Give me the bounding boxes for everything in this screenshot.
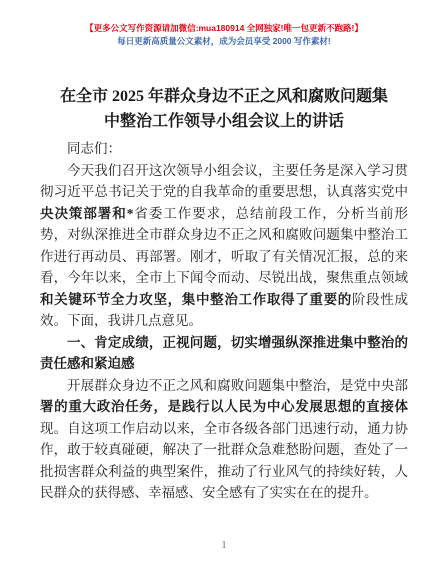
text-segment: 彻习近平总书记关于党的自我革命的重要思想，认真落实党中: [40, 184, 408, 199]
text-segment: 今天我们召开这次领导小组会议，主要任务是深入学习贯: [67, 163, 408, 178]
text-line: 一、肯定成绩，正视问题，切实增强纵深推进集中整治的: [40, 332, 408, 354]
text-line: 看，今年以来，全市上下闻令而动、尽锐出战，聚焦重点领域: [40, 267, 408, 289]
text-segment: 看，今年以来，全市上下闻令而动、尽锐出战，聚焦重点领域: [40, 270, 408, 285]
salutation-block: 同志们：: [40, 138, 408, 160]
text-segment: 势，对纵深推进全市群众身边不正之风和腐败问题集中整治工: [40, 227, 408, 242]
text-line: 央决策部署和*省委工作要求，总结前段工作，分析当前形: [40, 203, 408, 225]
document-content: 在全市 2025 年群众身边不正之风和腐败问题集 中整治工作领导小组会议上的讲话…: [40, 84, 408, 504]
title-line-1: 在全市 2025 年群众身边不正之风和腐败问题集: [40, 84, 408, 109]
text-segment: 责任感和紧迫感: [40, 356, 135, 371]
text-line: 同志们：: [40, 138, 408, 160]
text-segment: 批损害群众利益的典型案件，推动了行业风气的持续好转，人: [40, 464, 408, 479]
paragraph-block: 开展群众身边不正之风和腐败问题集中整治，是党中央部署的重大政治任务，是践行以人民…: [40, 375, 408, 504]
promo-line-blue: 每日更新高质量公文素材，成为会员享受 2000 写作素材!: [0, 35, 448, 48]
text-line: 现。自这项工作启动以来，全市各级各部门迅速行动，通力协: [40, 418, 408, 440]
text-segment: 开展群众身边不正之风和腐败问题集中整治，是党中央部: [67, 378, 408, 393]
document-page: 【更多公文写作资源请加微信:mua180914 全网独家!唯一包更新不跑路!】 …: [0, 0, 448, 580]
text-line: 作，敢于较真碰硬，解决了一批群众急难愁盼问题，查处了一: [40, 439, 408, 461]
text-segment: 现。自这项工作启动以来，全市各级各部门迅速行动，通力协: [40, 421, 408, 436]
document-body: 同志们：今天我们召开这次领导小组会议，主要任务是深入学习贯彻习近平总书记关于党的…: [40, 138, 408, 504]
text-segment: 民群众的获得感、幸福感、安全感有了实实在在的提升。: [40, 485, 378, 500]
text-line: 开展群众身边不正之风和腐败问题集中整治，是党中央部: [40, 375, 408, 397]
title-line-2: 中整治工作领导小组会议上的讲话: [40, 109, 408, 134]
promo-line-red: 【更多公文写作资源请加微信:mua180914 全网独家!唯一包更新不跑路!】: [0, 22, 448, 35]
text-segment: 一、肯定成绩，正视问题，切实增强纵深推进集中整治的: [67, 335, 408, 350]
text-segment: 效。下面，我讲几点意见。: [40, 313, 202, 328]
text-line: 彻习近平总书记关于党的自我革命的重要思想，认真落实党中: [40, 181, 408, 203]
text-segment: 同志们：: [67, 141, 121, 156]
text-line: 署的重大政治任务，是践行以人民为中心发展思想的直接体: [40, 396, 408, 418]
text-line: 民群众的获得感、幸福感、安全感有了实实在在的提升。: [40, 482, 408, 504]
text-line: 今天我们召开这次领导小组会议，主要任务是深入学习贯: [40, 160, 408, 182]
text-segment: 省委工作要求，总结前段工作，分析当前形: [133, 206, 408, 221]
text-line: 效。下面，我讲几点意见。: [40, 310, 408, 332]
text-segment: 阶段性成: [352, 292, 408, 307]
document-title: 在全市 2025 年群众身边不正之风和腐败问题集 中整治工作领导小组会议上的讲话: [40, 84, 408, 134]
heading-block: 一、肯定成绩，正视问题，切实增强纵深推进集中整治的责任感和紧迫感: [40, 332, 408, 375]
text-line: 批损害群众利益的典型案件，推动了行业风气的持续好转，人: [40, 461, 408, 483]
text-line: 势，对纵深推进全市群众身边不正之风和腐败问题集中整治工: [40, 224, 408, 246]
text-segment: 作进行再动员、再部署。刚才，听取了有关情况汇报，总的来: [40, 249, 408, 264]
text-segment: 署的重大政治任务，是践行以人民为中心发展思想的直接体: [40, 399, 408, 414]
promo-banner: 【更多公文写作资源请加微信:mua180914 全网独家!唯一包更新不跑路!】 …: [0, 22, 448, 48]
text-segment: 央决策部署和*: [40, 206, 133, 221]
text-segment: 作，敢于较真碰硬，解决了一批群众急难愁盼问题，查处了一: [40, 442, 408, 457]
text-line: 责任感和紧迫感: [40, 353, 408, 375]
text-line: 作进行再动员、再部署。刚才，听取了有关情况汇报，总的来: [40, 246, 408, 268]
page-number: 1: [0, 540, 448, 551]
paragraph-block: 今天我们召开这次领导小组会议，主要任务是深入学习贯彻习近平总书记关于党的自我革命…: [40, 160, 408, 332]
text-line: 和关键环节全力攻坚，集中整治工作取得了重要的阶段性成: [40, 289, 408, 311]
text-segment: 和关键环节全力攻坚，集中整治工作取得了重要的: [40, 292, 352, 307]
